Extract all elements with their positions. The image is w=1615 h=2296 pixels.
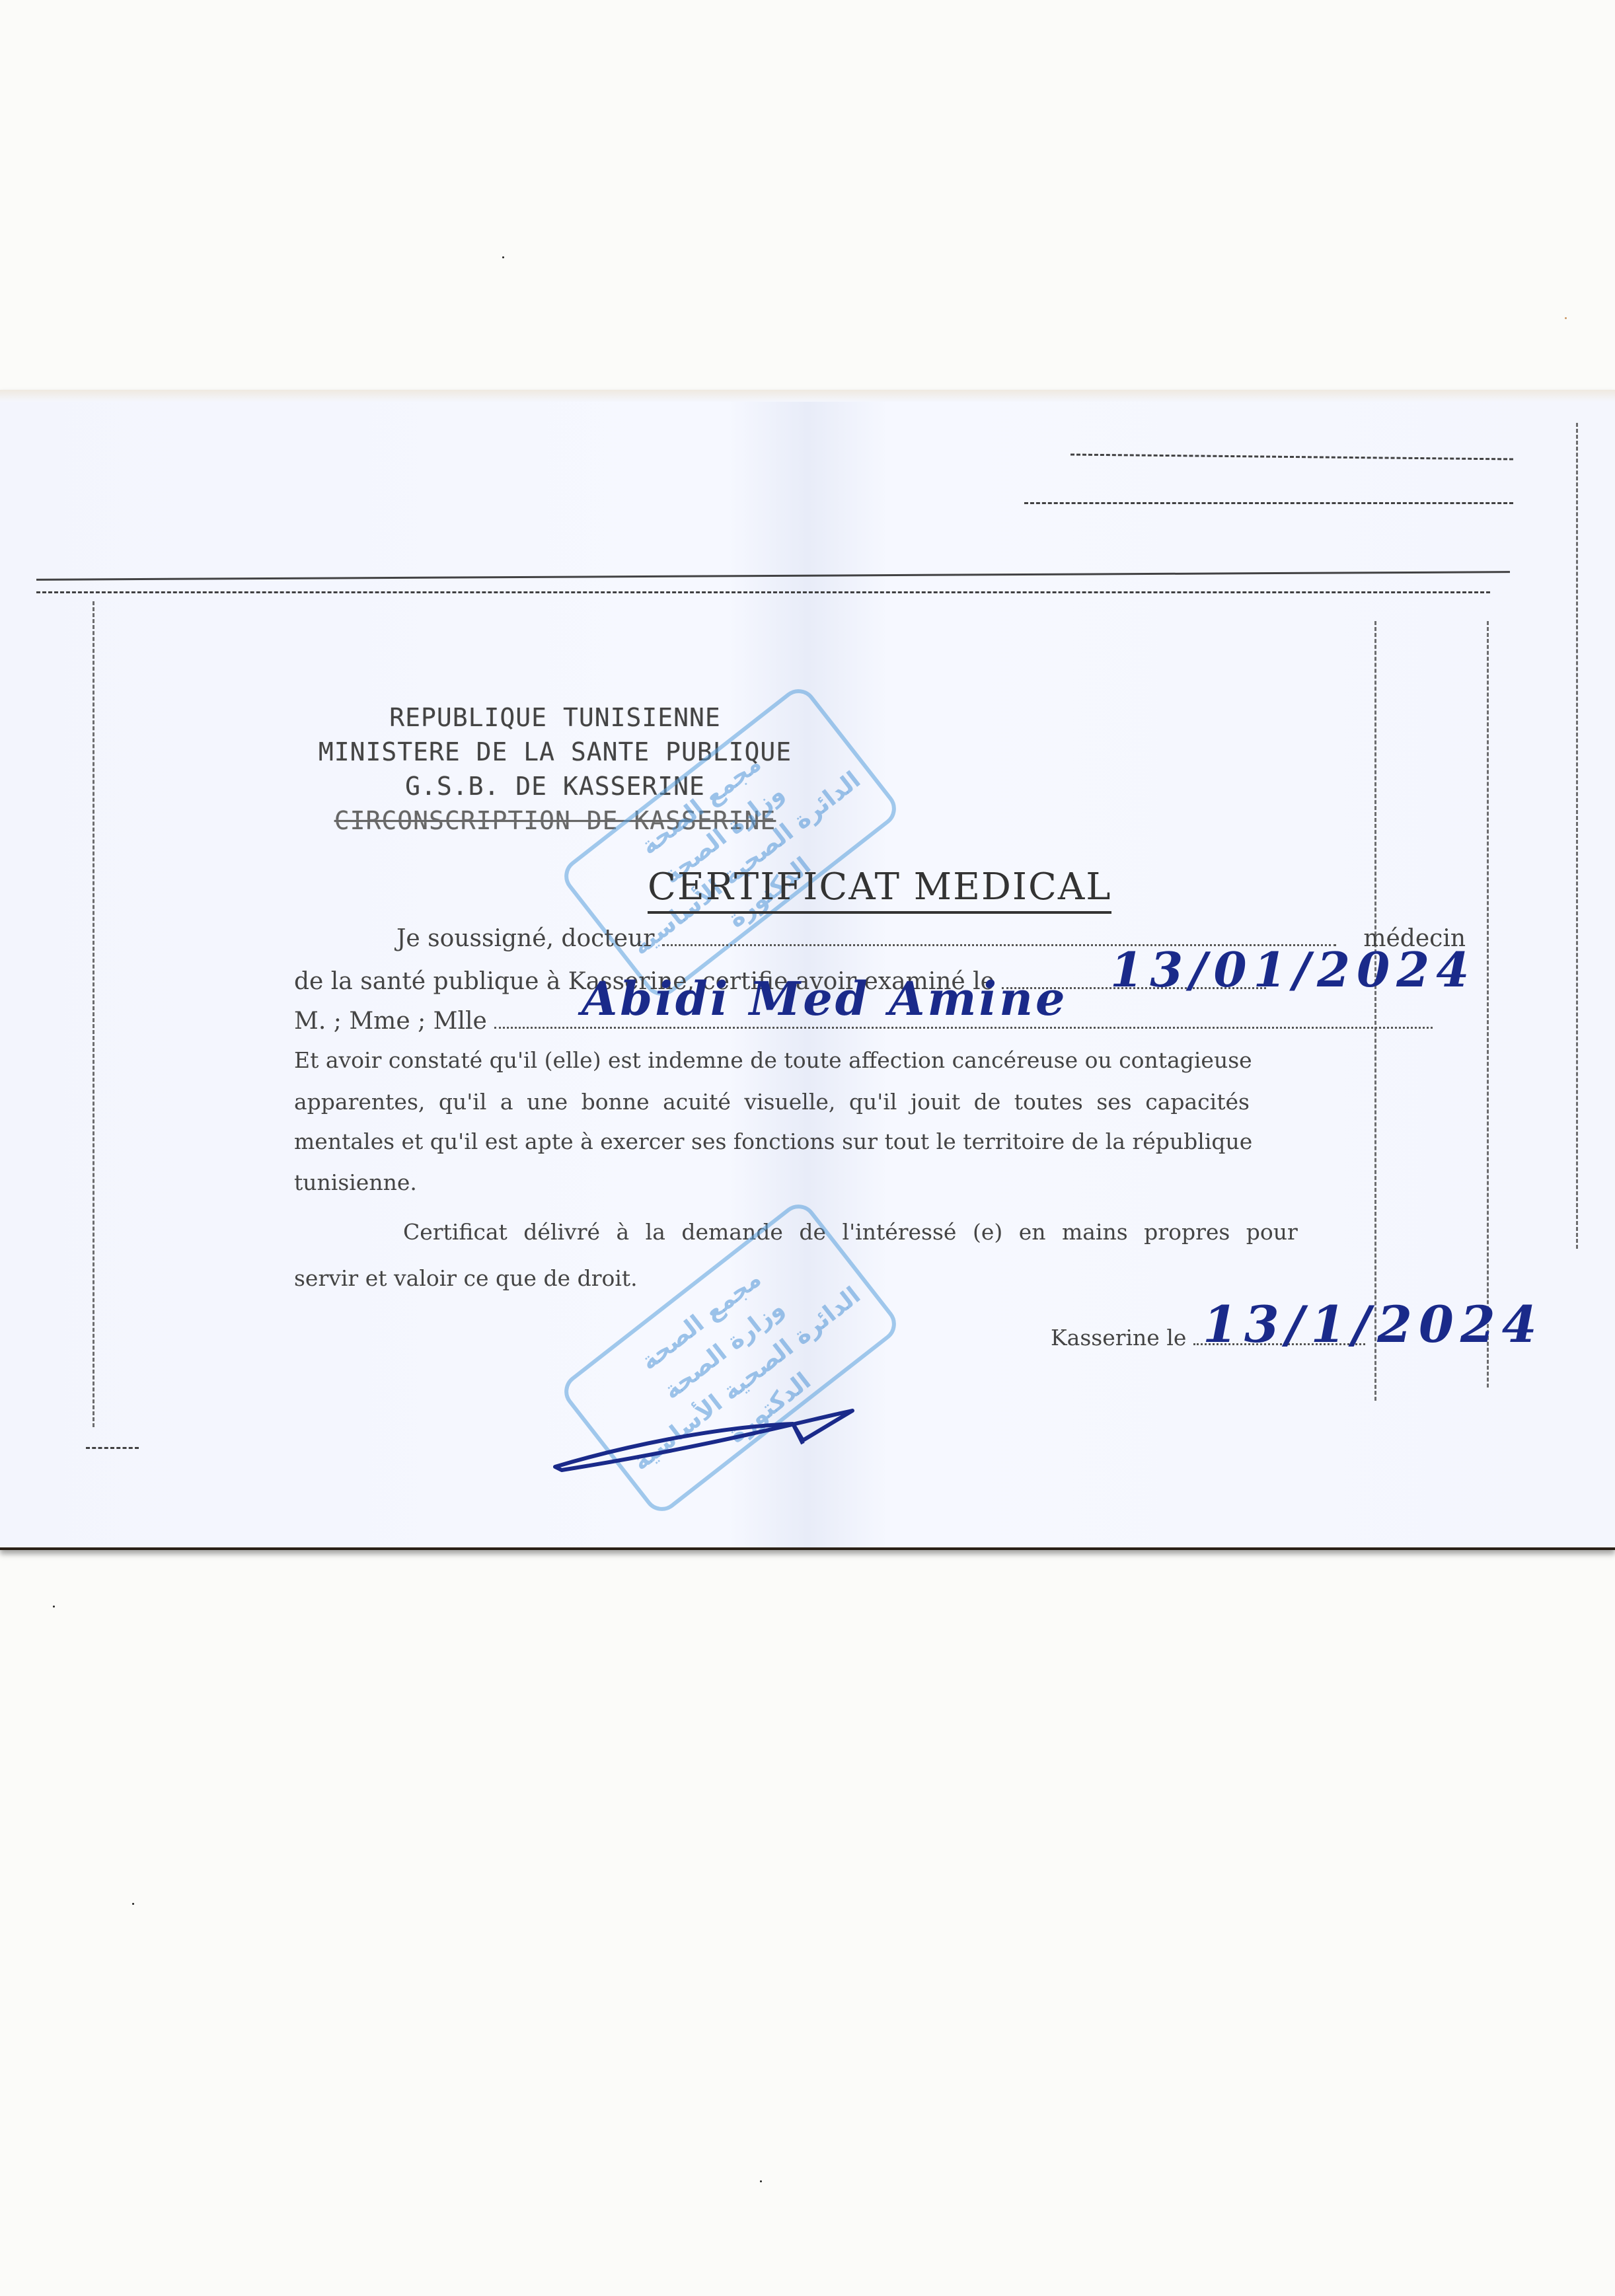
body-text: M. ; Mme ; Mlle	[294, 1008, 487, 1035]
closing-line-1: Certificat délivré à la demande de l'int…	[403, 1219, 1298, 1245]
body-text: Kasserine le	[1051, 1325, 1186, 1351]
body-text: Je soussigné, docteur	[396, 925, 654, 952]
handwritten-issue-date: 13/1/2024	[1203, 1295, 1544, 1354]
frame-line-right-upper-2	[1024, 502, 1513, 504]
frame-far-right-line	[1576, 423, 1578, 1249]
document-title: CERTIFICAT MEDICAL	[648, 866, 1111, 914]
speck	[1565, 317, 1567, 319]
handwritten-patient-name: Abidi Med Amine	[582, 971, 1068, 1026]
frame-top-line	[36, 571, 1510, 581]
speck	[760, 2180, 762, 2182]
frame-top-line-2	[36, 591, 1490, 593]
doctor-signature	[542, 1374, 872, 1506]
closing-line-2: servir et valoir ce que de droit.	[294, 1265, 638, 1291]
handwritten-exam-date: 13/01/2024	[1110, 942, 1476, 998]
body-line-7: tunisienne.	[294, 1169, 417, 1195]
dotted-field-patient	[494, 1027, 1433, 1029]
frame-line-right-upper	[1070, 453, 1513, 460]
speck	[132, 1903, 134, 1905]
body-line-5: apparentes, qu'il a une bonne acuité vis…	[294, 1089, 1250, 1115]
frame-bottom-left	[86, 1447, 139, 1449]
speck	[53, 1606, 55, 1608]
body-line-4: Et avoir constaté qu'il (elle) est indem…	[294, 1047, 1252, 1073]
body-line-6: mentales et qu'il est apte à exercer ses…	[294, 1129, 1252, 1154]
frame-right-line-2	[1487, 621, 1489, 1388]
frame-left-line	[93, 601, 94, 1427]
speck	[502, 256, 504, 258]
paper-edge	[0, 390, 1615, 402]
